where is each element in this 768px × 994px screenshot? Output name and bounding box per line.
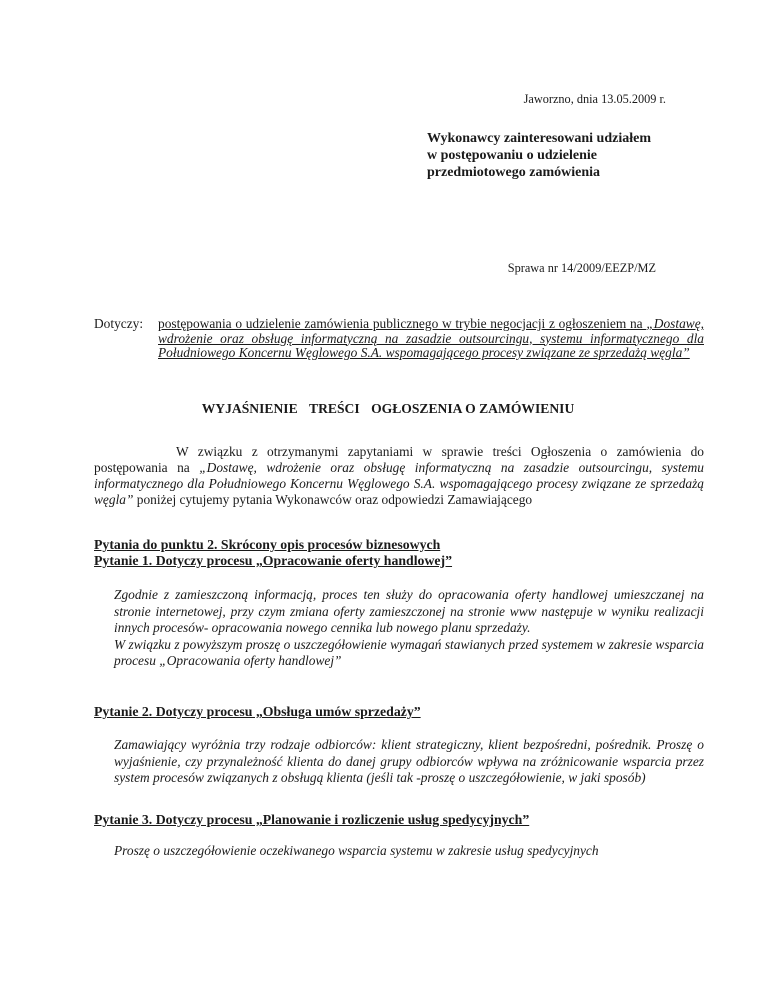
question-paragraph: Zamawiający wyróżnia trzy rodzaje odbior… (114, 737, 704, 787)
question-3-heading: Pytanie 3. Dotyczy procesu „Planowanie i… (94, 812, 529, 828)
recipient-block: Wykonawcy zainteresowani udziałem w post… (427, 130, 651, 181)
question-2-heading: Pytanie 2. Dotyczy procesu „Obsługa umów… (94, 704, 421, 720)
title-word: OGŁOSZENIA O ZAMÓWIENIU (363, 401, 574, 416)
question-2-text: Zamawiający wyróżnia trzy rodzaje odbior… (114, 737, 704, 787)
concerns-block: Dotyczy: postępowania o udzielenie zamów… (94, 317, 704, 361)
concerns-label: Dotyczy: (94, 317, 143, 332)
concerns-text: postępowania o udzielenie zamówienia pub… (158, 317, 704, 361)
question-paragraph: Proszę o uszczegółowienie oczekiwanego w… (114, 843, 704, 860)
recipient-line: przedmiotowego zamówienia (427, 164, 651, 181)
question-1-heading: Pytanie 1. Dotyczy procesu „Opracowanie … (94, 553, 452, 569)
document-date: Jaworzno, dnia 13.05.2009 r. (524, 92, 666, 107)
intro-paragraph: W związku z otrzymanymi zapytaniami w sp… (94, 444, 704, 508)
question-paragraph: W związku z powyższym proszę o uszczegół… (114, 637, 704, 670)
intro-after: poniżej cytujemy pytania Wykonawców oraz… (133, 492, 532, 507)
question-paragraph: Zgodnie z zamieszczoną informacją, proce… (114, 587, 704, 637)
title-word: TREŚCI (301, 401, 360, 416)
document-title: WYJAŚNIENIE TREŚCI OGŁOSZENIA O ZAMÓWIEN… (0, 401, 768, 417)
title-word: WYJAŚNIENIE (194, 401, 298, 416)
question-1-text: Zgodnie z zamieszczoną informacją, proce… (114, 587, 704, 670)
recipient-line: Wykonawcy zainteresowani udziałem (427, 130, 651, 147)
concerns-plain: postępowania o udzielenie zamówienia pub… (158, 316, 646, 331)
case-number: Sprawa nr 14/2009/EEZP/MZ (508, 261, 656, 276)
question-3-text: Proszę o uszczegółowienie oczekiwanego w… (114, 843, 704, 860)
section-heading: Pytania do punktu 2. Skrócony opis proce… (94, 537, 440, 553)
recipient-line: w postępowaniu o udzielenie (427, 147, 651, 164)
